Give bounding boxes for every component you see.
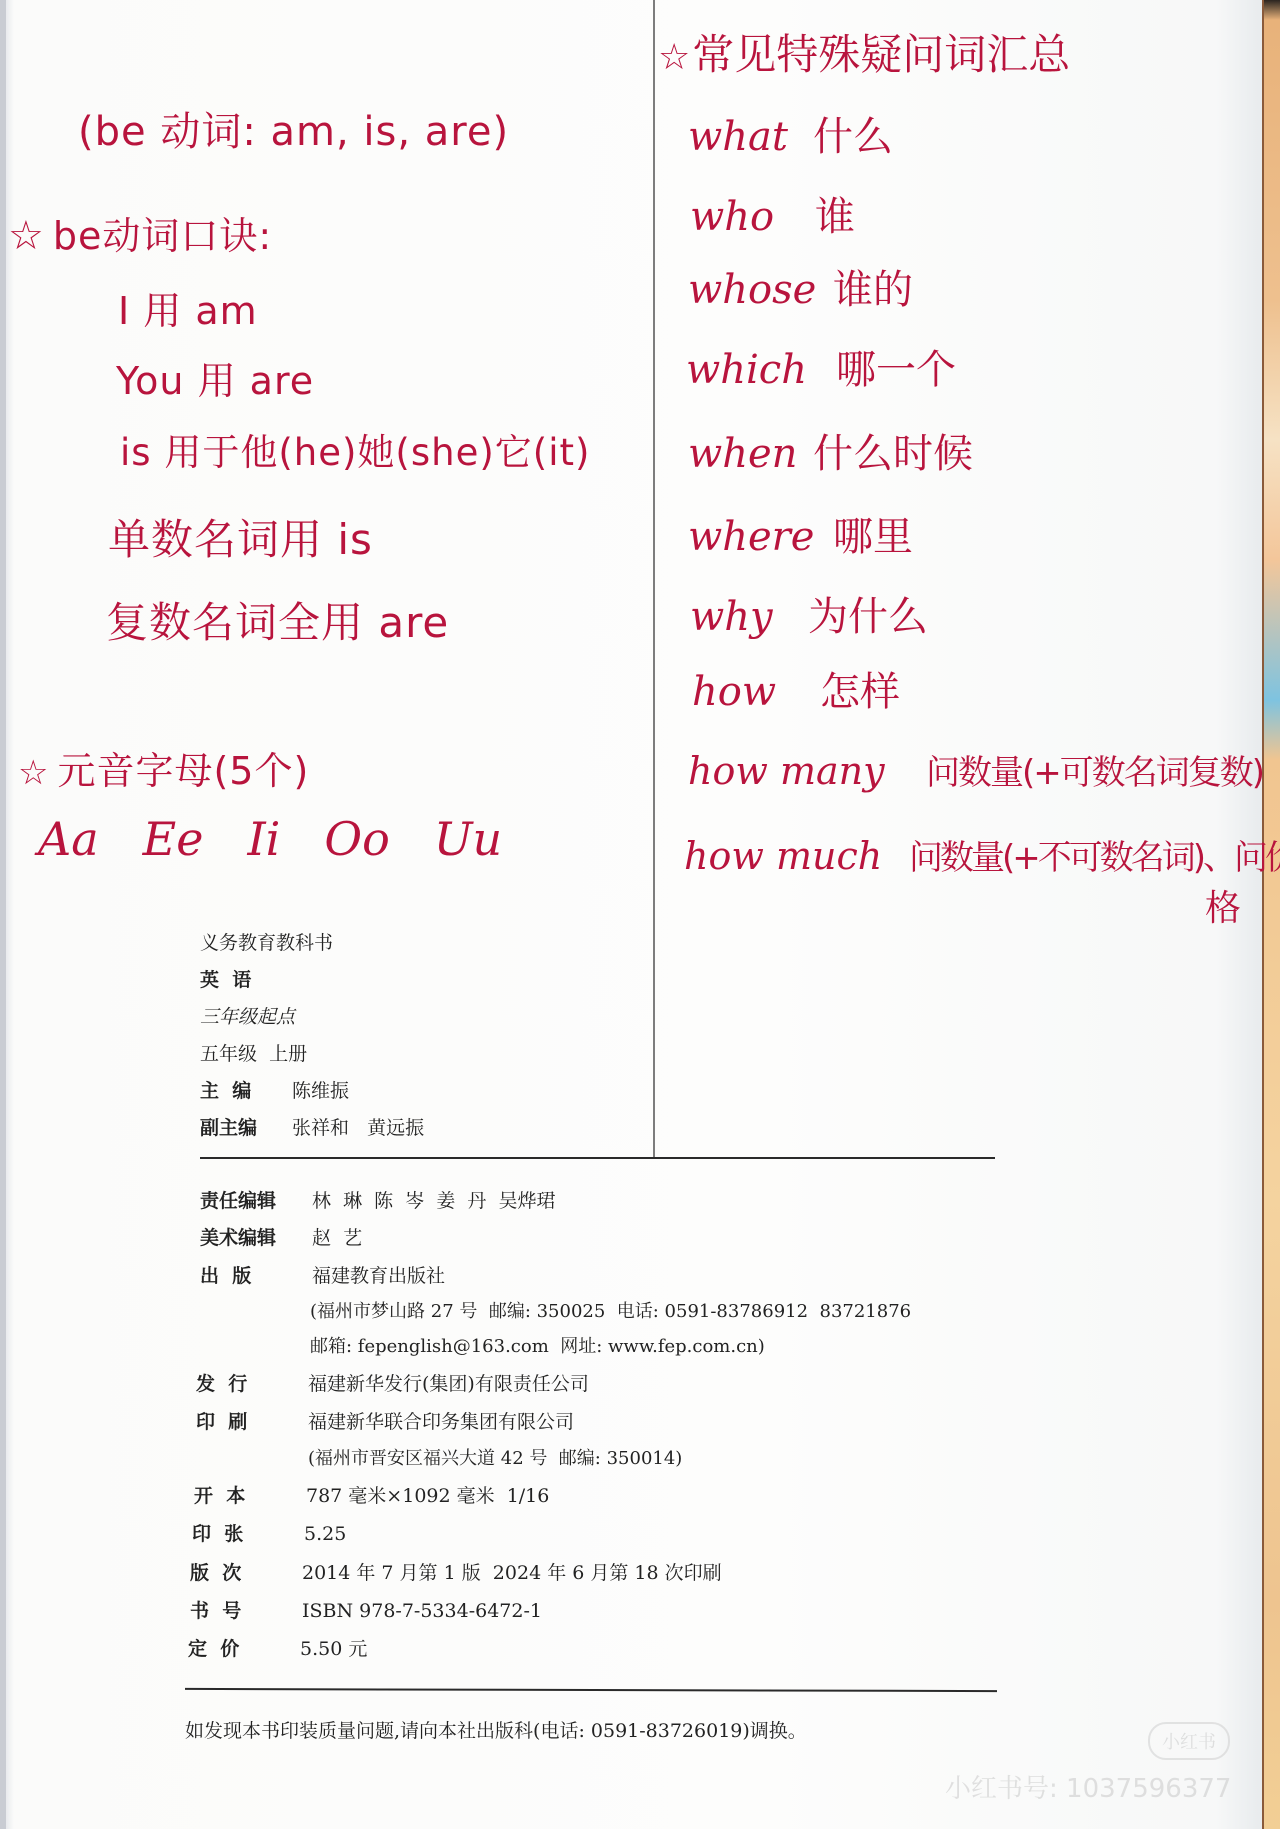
question-meaning-continuation: 格 [1205,880,1241,931]
star-icon: ☆ [18,753,49,793]
list-item: how much问数量(+不可数名词)、问价 [684,830,1280,879]
list-item: how怎样 [692,660,900,717]
question-word: who [690,194,815,240]
horizontal-rule [200,1157,995,1159]
colophon-row: 书 号ISBN 978-7-5334-6472-1 [190,1596,542,1623]
watermark-badge: 小红书 [1148,1722,1230,1760]
row-value: 张祥和 黄远振 [292,1113,424,1140]
row-label: 定 价 [188,1634,300,1661]
row-label: 美术编辑 [200,1223,312,1250]
vowel: Aa [38,812,99,866]
question-word: whose [688,267,833,313]
list-item: whose谁的 [688,258,913,315]
question-word: which [686,347,836,393]
row-value: 林 琳 陈 岑 姜 丹 吴烨珺 [312,1186,555,1213]
row-label: 书 号 [190,1596,302,1623]
row-label: 印 刷 [196,1407,308,1434]
vowel: Ii [247,812,280,866]
subject-title: 英 语 [200,965,251,992]
question-meaning: 怎样 [820,669,900,715]
photographed-page: (be 动词: am, is, are) ☆be动词口诀: I 用 am You… [0,0,1280,1829]
row-label: 责任编辑 [200,1186,312,1213]
quality-notice: 如发现本书印装质量问题,请向本社出版科(电话: 0591-83726019)调换… [185,1716,807,1743]
question-word: what [688,114,813,160]
vowels-title: 元音字母(5个) [57,749,309,793]
mnemonic-heading: ☆be动词口诀: [8,205,272,260]
list-item: which哪一个 [686,338,956,395]
question-words-heading: ☆常见特殊疑问词汇总 [658,22,1070,82]
colophon-row: 印 刷福建新华联合印务集团有限公司 [196,1407,574,1434]
row-value: 赵 艺 [312,1223,362,1250]
colophon-row: 印 张5.25 [192,1519,346,1546]
adjacent-page-edge [0,0,6,1829]
colophon-row: 美术编辑赵 艺 [200,1223,362,1250]
chief-editor-row: 主 编陈维振 [200,1076,349,1103]
watermark-id: 小红书号: 1037596377 [945,1768,1255,1805]
row-value: 5.25 [304,1523,346,1545]
question-word: how much [684,834,909,878]
publisher-address: (福州市梦山路 27 号 邮编: 350025 电话: 0591-8378691… [310,1297,911,1323]
row-value: 福建新华联合印务集团有限公司 [308,1407,574,1434]
colophon-row: 版 次2014 年 7 月第 1 版 2024 年 6 月第 18 次印刷 [190,1558,722,1585]
mnemonic-line: You 用 are [116,350,314,405]
question-word: how [692,669,820,715]
question-word: why [690,594,808,640]
row-value: ISBN 978-7-5334-6472-1 [302,1600,542,1622]
question-meaning: 什么 [813,114,893,160]
vowels-heading: ☆元音字母(5个) [18,740,309,795]
question-meaning: 谁 [815,194,855,240]
question-meaning: 问数量(+不可数名词)、问价 [909,838,1280,878]
be-verbs-line: (be 动词: am, is, are) [78,100,509,157]
row-label: 副主编 [200,1113,292,1140]
list-item: how many问数量(+可数名词复数) [688,745,1263,794]
mnemonic-line: is 用于他(he)她(she)它(it) [120,422,590,476]
question-word: where [688,514,833,560]
row-value: 787 毫米×1092 毫米 1/16 [306,1481,549,1508]
publisher-contact: 邮箱: fepenglish@163.com 网址: www.fep.com.c… [310,1332,765,1358]
question-meaning: 谁的 [833,267,913,313]
start-grade: 三年级起点 [200,1002,295,1029]
list-item: who谁 [690,185,855,242]
colophon-row: 出 版福建教育出版社 [200,1261,445,1288]
row-value: 2014 年 7 月第 1 版 2024 年 6 月第 18 次印刷 [302,1558,722,1585]
star-icon: ☆ [658,37,690,78]
volume: 五年级 上册 [200,1039,307,1066]
horizontal-rule [185,1688,997,1692]
question-meaning: 哪里 [833,514,913,560]
vowel: Ee [143,812,204,866]
row-label: 出 版 [200,1261,312,1288]
colophon-row: 开 本787 毫米×1092 毫米 1/16 [194,1481,549,1508]
question-word: when [688,431,813,477]
star-icon: ☆ [8,213,45,259]
vowels-list: AaEeIiOoUu [38,812,502,866]
question-meaning: 问数量(+可数名词复数) [926,753,1263,793]
list-item: when什么时候 [688,422,973,479]
row-value: 5.50 元 [300,1634,367,1661]
question-word: how many [688,749,926,793]
colophon-row: 发 行福建新华发行(集团)有限责任公司 [196,1369,589,1396]
series-title: 义务教育教科书 [200,928,333,955]
row-label: 版 次 [190,1558,302,1585]
colophon-row: 定 价5.50 元 [188,1634,367,1661]
mnemonic-line: 复数名词全用 are [106,590,449,650]
mnemonic-line: I 用 am [118,280,258,335]
row-value: 福建新华发行(集团)有限责任公司 [308,1369,589,1396]
list-item: what什么 [688,105,893,162]
book-cover-edge [1262,0,1280,1829]
vowel: Oo [324,812,389,866]
row-label: 发 行 [196,1369,308,1396]
row-label: 主 编 [200,1076,292,1103]
question-meaning: 什么时候 [813,431,973,477]
question-meaning: 哪一个 [836,347,956,393]
column-divider [653,0,655,1157]
row-label: 开 本 [194,1481,306,1508]
question-meaning: 为什么 [808,594,928,640]
deputy-editor-row: 副主编张祥和 黄远振 [200,1113,424,1140]
row-label: 印 张 [192,1519,304,1546]
vowel: Uu [434,812,502,866]
mnemonic-line: 单数名词用 is [108,507,373,567]
list-item: where哪里 [688,505,913,562]
question-words-title: 常见特殊疑问词汇总 [692,30,1070,79]
mnemonic-title: be动词口诀: [53,214,272,258]
printer-address: (福州市晋安区福兴大道 42 号 邮编: 350014) [308,1444,682,1470]
row-value: 福建教育出版社 [312,1261,445,1288]
row-value: 陈维振 [292,1076,349,1103]
list-item: why为什么 [690,585,928,642]
colophon-row: 责任编辑林 琳 陈 岑 姜 丹 吴烨珺 [200,1186,555,1213]
